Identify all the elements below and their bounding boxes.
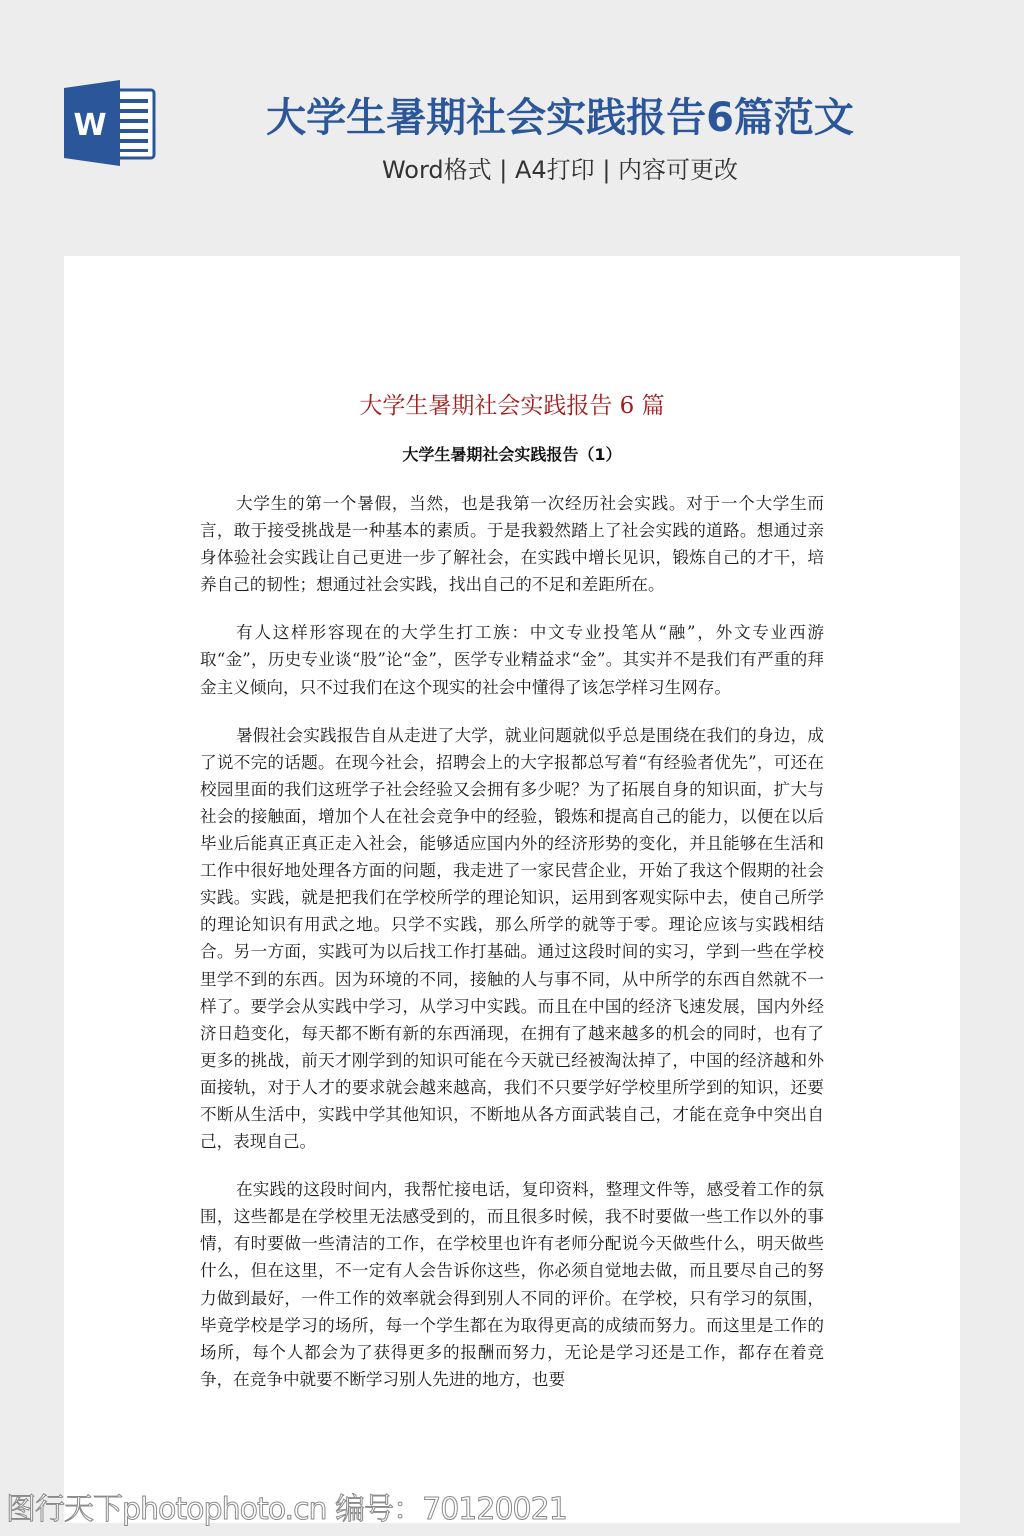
- paragraph: 暑假社会实践报告自从走进了大学，就业问题就似乎总是围绕在我们的身边，成了说不完的…: [200, 722, 824, 1156]
- header-banner: W 大学生暑期社会实践报告6篇范文 Word格式 | A4打印 | 内容可更改: [0, 0, 1024, 256]
- section-heading: 大学生暑期社会实践报告（1）: [64, 442, 960, 468]
- word-document-icon: W: [64, 80, 156, 166]
- document-page: 大学生暑期社会实践报告 6 篇 大学生暑期社会实践报告（1） 大学生的第一个暑假…: [64, 256, 960, 1523]
- watermark: 图行天下photophoto.cn 编号：70120021: [6, 1490, 567, 1530]
- paragraph: 大学生的第一个暑假，当然，也是我第一次经历社会实践。对于一个大学生而言，敢于接受…: [200, 490, 824, 598]
- banner-title: 大学生暑期社会实践报告6篇范文: [190, 92, 930, 144]
- banner-subtitle: Word格式 | A4打印 | 内容可更改: [190, 152, 930, 188]
- document-body: 大学生的第一个暑假，当然，也是我第一次经历社会实践。对于一个大学生而言，敢于接受…: [200, 490, 824, 1414]
- svg-text:W: W: [73, 108, 106, 143]
- paragraph: 在实践的这段时间内，我帮忙接电话，复印资料，整理文件等，感受着工作的氛围，这些都…: [200, 1176, 824, 1393]
- document-title: 大学生暑期社会实践报告 6 篇: [64, 390, 960, 422]
- paragraph: 有人这样形容现在的大学生打工族：中文专业投笔从“融”，外文专业西游取“金”，历史…: [200, 619, 824, 700]
